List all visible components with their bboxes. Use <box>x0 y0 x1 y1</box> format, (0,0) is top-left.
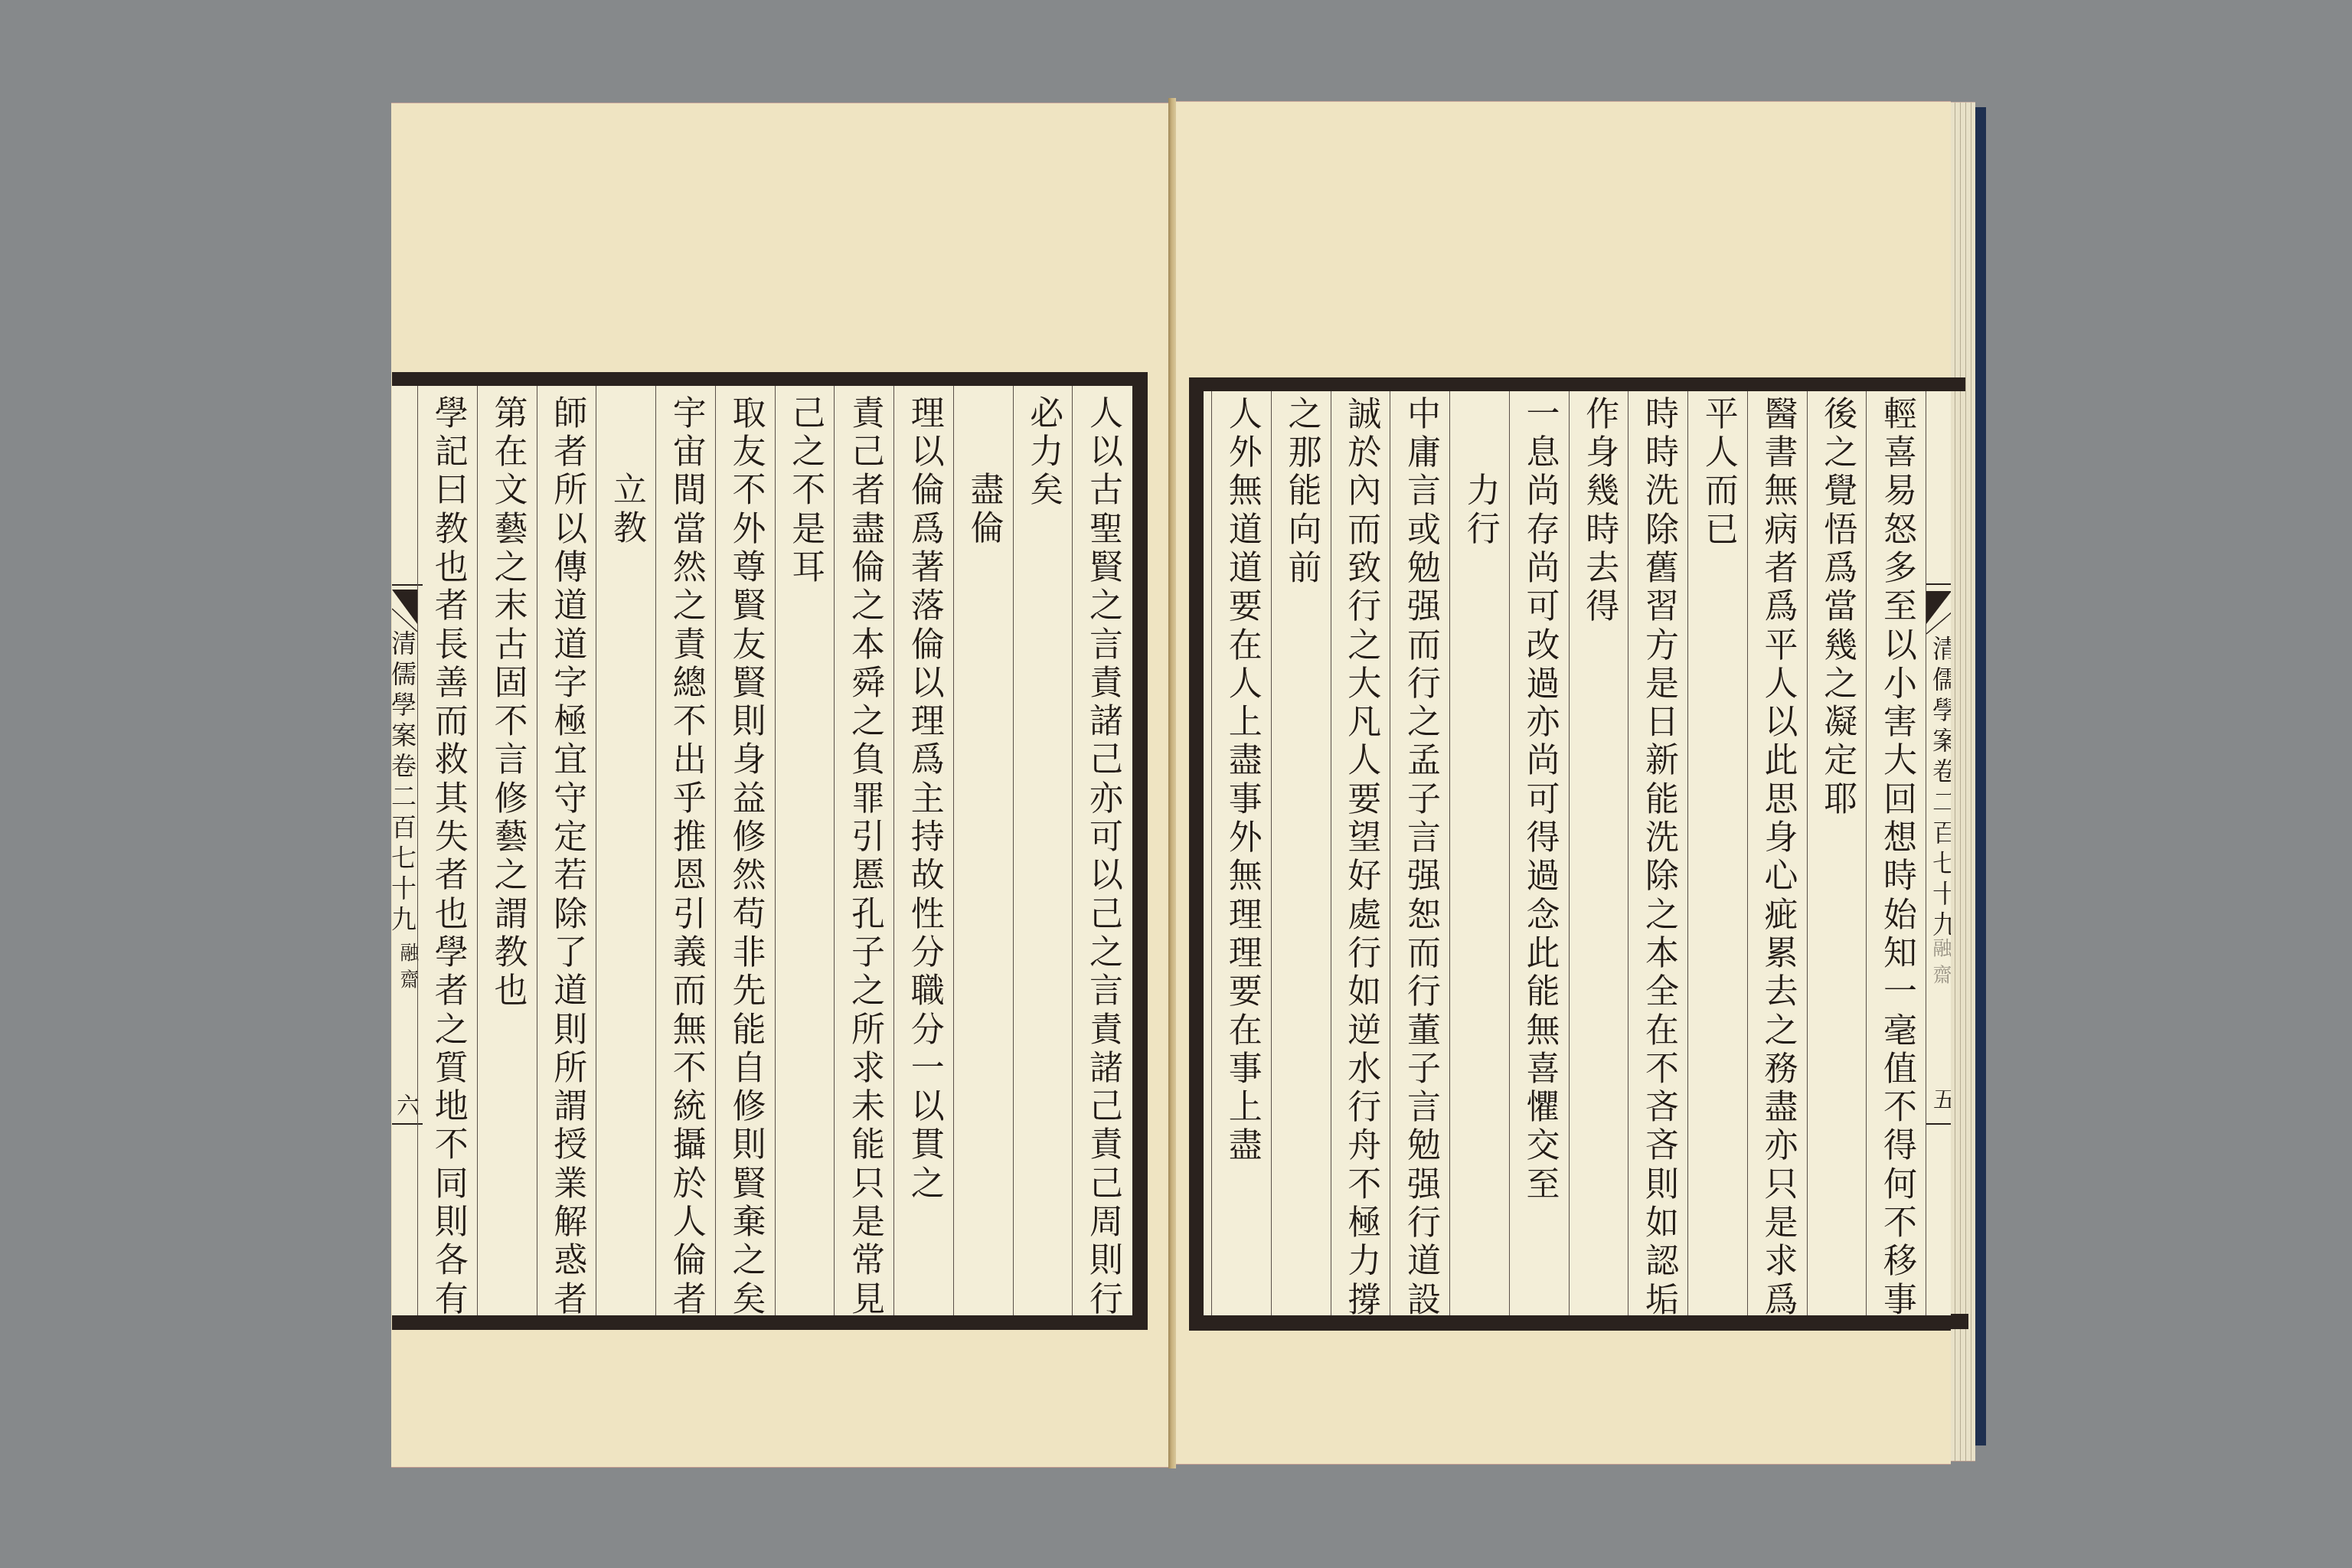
text-column: 後之覺悟爲當幾之凝定耶 <box>1807 391 1867 1315</box>
left-fold-margin: 清儒學案卷二百七十九 融齋 六 <box>392 386 417 1315</box>
text-column: 輕喜易怒多至以小害大回想時始知一毫值不得何不移事 <box>1866 391 1926 1315</box>
fold-scholar-name: 融齋 <box>398 942 418 996</box>
right-text-columns: 輕喜易怒多至以小害大回想時始知一毫值不得何不移事 後之覺悟爲當幾之凝定耶 醫書無… <box>1211 391 1926 1315</box>
left-page-frame: 清儒學案卷二百七十九 融齋 六 人以古聖賢之言責諸己亦可以己之言責諸己責己周則行… <box>392 372 1148 1330</box>
fold-rule-bottom <box>1926 1123 1951 1125</box>
text-column: 平人而已 <box>1687 391 1747 1315</box>
text-column: 理以倫爲著落倫以理爲主持故性分職分一以貫之 <box>893 386 953 1315</box>
text-column: 作身幾時去得 <box>1569 391 1628 1315</box>
section-heading: 立教 <box>596 386 655 1315</box>
section-heading: 力行 <box>1449 391 1509 1315</box>
fishtail-ornament-icon <box>392 590 417 635</box>
text-column: 己之不是耳 <box>775 386 835 1315</box>
text-column: 宇宙間當然之責總不出乎推恩引義而無不統攝於人倫者 <box>655 386 715 1315</box>
text-column: 之那能向前 <box>1271 391 1331 1315</box>
stacked-frame-top-fragment <box>1950 377 1965 391</box>
text-column: 中庸言或勉强而行之孟子言强恕而行董子言勉强行道設 <box>1390 391 1449 1315</box>
book-gutter <box>1168 98 1176 1468</box>
text-column: 時時洗除舊習方是日新能洗除之本全在不吝吝則如認垢 <box>1628 391 1687 1315</box>
right-page-frame: 輕喜易怒多至以小害大回想時始知一毫值不得何不移事 後之覺悟爲當幾之凝定耶 醫書無… <box>1189 377 1951 1331</box>
fold-scholar-name: 融齋 <box>1931 938 1951 991</box>
text-column: 學記曰教也者長善而救其失者也學者之質地不同則各有 <box>417 386 477 1315</box>
text-column: 醫書無病者爲平人以此思身心疵累去之務盡亦只是求爲 <box>1747 391 1807 1315</box>
text-column: 師者所以傳道道字極宜守定若除了道則所謂授業解惑者 <box>537 386 596 1315</box>
text-column: 責己者盡倫之本舜之負罪引慝孔子之所求未能只是常見 <box>834 386 893 1315</box>
right-page: 輕喜易怒多至以小害大回想時始知一毫值不得何不移事 後之覺悟爲當幾之凝定耶 醫書無… <box>1175 101 1951 1465</box>
fold-book-title: 清儒學案卷二百七十九 <box>1929 635 1951 942</box>
text-column: 必力矣 <box>1013 386 1073 1315</box>
fold-book-title: 清儒學案卷二百七十九 <box>391 630 416 936</box>
text-column: 第在文藝之末古固不言修藝之謂教也 <box>477 386 537 1315</box>
left-page: 清儒學案卷二百七十九 融齋 六 人以古聖賢之言責諸己亦可以己之言責諸己責己周則行… <box>391 103 1170 1468</box>
fold-leaf-number: 六 <box>393 1093 417 1116</box>
right-fold-margin: 清儒學案卷二百七十九 融齋 五 <box>1926 391 1951 1315</box>
text-column: 人以古聖賢之言責諸己亦可以己之言責諸己責己周則行 <box>1072 386 1132 1315</box>
text-column: 一息尚存尚可改過亦尚可得過念此能無喜懼交至 <box>1509 391 1569 1315</box>
text-column: 人外無道道要在人上盡事外無理理要在事上盡 <box>1211 391 1271 1315</box>
left-text-columns: 人以古聖賢之言責諸己亦可以己之言責諸己責己周則行 必力矣 盡倫 理以倫爲著落倫以… <box>417 386 1132 1315</box>
fishtail-ornament-icon <box>1926 591 1951 637</box>
fold-rule-top <box>1926 583 1951 585</box>
section-heading: 盡倫 <box>953 386 1013 1315</box>
fold-leaf-number: 五 <box>1929 1087 1951 1110</box>
stacked-frame-bottom-fragment <box>1950 1314 1968 1329</box>
text-column: 取友不外尊賢友賢則身益修然苟非先能自修則賢棄之矣 <box>715 386 775 1315</box>
text-column: 誠於內而致行之大凡人要望好處行如逆水行舟不極力撐 <box>1331 391 1390 1315</box>
